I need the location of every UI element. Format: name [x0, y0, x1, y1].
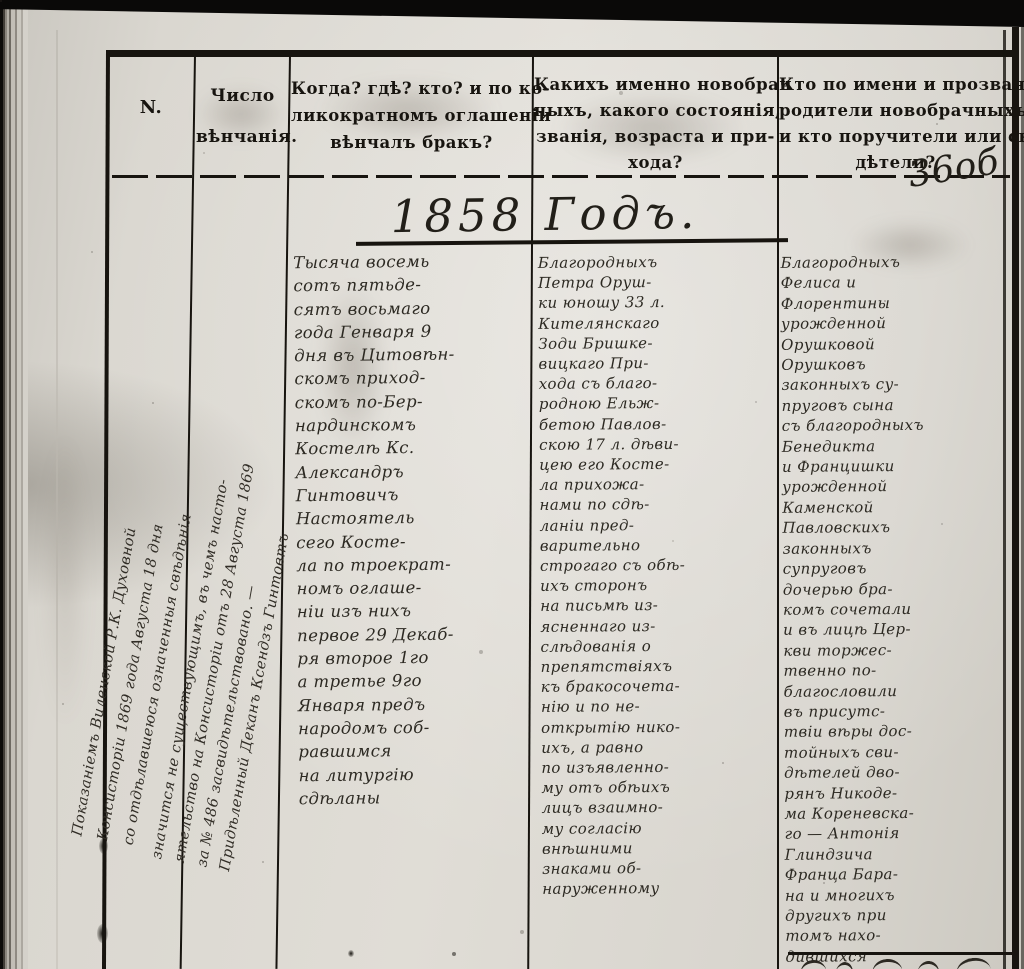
handwritten-text-line: му согласію — [542, 817, 782, 839]
column-header-when-where-who: Когда? гдѣ? кто? и по ко-ликократномъ ог… — [291, 75, 532, 156]
handwritten-text-line: нію и по не- — [541, 696, 781, 718]
ink-blob — [99, 838, 108, 854]
handwritten-text-line: къ бракосочета- — [541, 675, 781, 697]
handwritten-text-line: вицкаго При- — [538, 352, 778, 374]
handwritten-text-line: на письмѣ из- — [540, 595, 780, 617]
printed-text-line: N. — [108, 97, 194, 118]
handwritten-text-line: народомъ соб- — [298, 715, 536, 741]
handwritten-text-line: на и многихъ — [785, 884, 1017, 906]
paper-speckles — [0, 0, 2, 2]
handwritten-text-line: ма Кореневска- — [784, 802, 1016, 824]
handwritten-text-line: комъ сочетали — [783, 598, 1015, 620]
handwritten-text-line: Павловскихъ — [782, 516, 1014, 538]
handwritten-text-line: слѣдованія о — [540, 635, 780, 657]
handwritten-text-line: законныхъ су- — [781, 374, 1013, 396]
handwritten-text-line: Бенедикта — [782, 435, 1014, 457]
printed-text-line: вѣнчалъ бракъ? — [291, 129, 532, 156]
handwritten-text-line: пруговъ сына — [782, 394, 1014, 416]
handwritten-text-line: ясненнаго из- — [540, 615, 780, 637]
handwritten-text-line: года Генваря 9 — [294, 319, 532, 345]
handwritten-text-line: ніи изъ нихъ — [297, 598, 535, 624]
handwritten-text-line: Благородныхъ — [781, 251, 1013, 273]
handwritten-text-line: ки юношу 33 л. — [538, 292, 778, 314]
printed-text-line: Число — [196, 76, 289, 117]
handwritten-text-line: тойныхъ сви- — [784, 741, 1016, 763]
handwritten-text-line: съ благородныхъ — [782, 414, 1014, 436]
handwritten-text-line: другихъ при — [785, 904, 1017, 926]
handwritten-text-line: хода съ благо- — [539, 372, 779, 394]
handwritten-text-line: равшимся — [298, 738, 536, 764]
handwritten-text-line: Орушковой — [781, 333, 1013, 355]
handwritten-text-line: сятъ восьмаго — [294, 295, 532, 321]
handwritten-text-line: му отъ обѣихъ — [541, 776, 781, 798]
handwritten-text-line: рянъ Никоде- — [784, 782, 1016, 804]
handwritten-text-line: урожденной — [781, 312, 1013, 334]
handwritten-text-line: Франца Бара- — [785, 863, 1017, 885]
handwritten-text-line: томъ нахо- — [785, 925, 1017, 947]
column-header-n: N. — [108, 97, 194, 118]
handwritten-text-line: ла прихожа- — [539, 473, 779, 495]
handwritten-text-line: благословили — [784, 680, 1016, 702]
entry-newlyweds-text: БлагородныхъПетра Оруш-ки юношу 33 л.Кит… — [538, 251, 783, 899]
handwritten-text-line: бетою Павлов- — [539, 413, 779, 435]
ink-bleedthrough-smudge — [40, 430, 90, 730]
handwritten-text-line: ря второе 1го — [297, 645, 535, 671]
scanned-page: N. Числовѣнчанія. Когда? гдѣ? кто? и по … — [0, 0, 1024, 969]
handwritten-text-line: Глиндзича — [785, 843, 1017, 865]
handwritten-text-line: скою 17 л. дѣви- — [539, 433, 779, 455]
handwritten-text-line: дня въ Цитовѣн- — [294, 342, 532, 368]
handwritten-text-line: кви торжес- — [783, 639, 1015, 661]
handwritten-text-line: Костелѣ Кс. — [295, 435, 533, 461]
year-heading: 1858 Годъ. — [310, 185, 781, 245]
handwritten-text-line: скомъ приход- — [294, 365, 532, 391]
handwritten-text-line: препятствіяхъ — [541, 655, 781, 677]
handwritten-text-line: Зоди Бришке- — [538, 332, 778, 354]
handwritten-text-line: Кителянскаго — [538, 312, 778, 334]
handwritten-text-line: по изъявленно- — [541, 756, 781, 778]
handwritten-text-line: а третье 9го — [297, 668, 535, 694]
handwritten-text-line: и въ лицѣ Цер- — [783, 619, 1015, 641]
handwritten-text-line: на литургію — [298, 761, 536, 787]
handwritten-text-line: ла по троекрат- — [296, 552, 534, 578]
handwritten-text-line: первое 29 Декаб- — [297, 621, 535, 647]
handwritten-text-line: Фелиса и — [781, 272, 1013, 294]
handwritten-text-line: Орушковъ — [781, 353, 1013, 375]
printed-text-line: Кто по имени и прозваніи — [779, 72, 1012, 98]
handwritten-text-line: законныхъ — [783, 537, 1015, 559]
handwritten-text-line: въ присутс- — [784, 700, 1016, 722]
next-row-top-rule — [788, 952, 1012, 955]
handwritten-text-line: твіи вѣры дос- — [784, 721, 1016, 743]
handwritten-text-line: скомъ по-Бер- — [295, 389, 533, 415]
handwritten-text-line: урожденной — [782, 476, 1014, 498]
handwritten-text-line: нардинскомъ — [295, 412, 533, 438]
handwritten-text-line: номъ оглаше- — [296, 575, 534, 601]
handwritten-text-line: твенно по- — [783, 659, 1015, 681]
entry-parents-witnesses-text: БлагородныхъФелиса иФлорентиныурожденной… — [781, 251, 1018, 967]
handwritten-text-line: ланіи пред- — [540, 514, 780, 536]
handwritten-text-line: лицъ взаимно- — [542, 797, 782, 819]
handwritten-text-line: сего Косте- — [296, 528, 534, 554]
handwritten-text-line: супруговъ — [783, 557, 1015, 579]
handwritten-text-line: и Францишки — [782, 455, 1014, 477]
handwritten-text-line: наруженному — [542, 877, 782, 899]
handwritten-text-line: Настоятель — [296, 505, 534, 531]
handwritten-text-line: родною Ельж- — [539, 393, 779, 415]
handwritten-text-line: внѣшними — [542, 837, 782, 859]
printed-text-line: ликократномъ оглашеніи — [291, 102, 532, 129]
handwritten-text-line: варительно — [540, 534, 780, 556]
handwritten-text-line: знаками об- — [542, 857, 782, 879]
handwritten-text-line: дочерью бра- — [783, 578, 1015, 600]
ink-blob — [348, 950, 354, 957]
handwritten-text-line: строгаго съ обѣ- — [540, 554, 780, 576]
column-header-wedding-date: Числовѣнчанія. — [196, 76, 289, 158]
handwritten-text-line: дѣтелей дво- — [784, 761, 1016, 783]
handwritten-text-line: Каменской — [782, 496, 1014, 518]
book-spine-edge — [0, 0, 28, 969]
handwritten-text-line: го — Антонія — [784, 823, 1016, 845]
handwritten-text-line: ихъ сторонъ — [540, 574, 780, 596]
handwritten-text-line: Благородныхъ — [538, 251, 778, 273]
handwritten-text-line: ихъ, а равно — [541, 736, 781, 758]
ink-blob — [97, 924, 108, 943]
handwritten-text-line: открытію нико- — [541, 716, 781, 738]
handwritten-text-line: цею его Косте- — [539, 453, 779, 475]
handwritten-text-line: Александръ — [295, 458, 533, 484]
handwritten-text-line: Тысяча восемь — [293, 249, 531, 275]
handwritten-text-line: нами по сдѣ- — [539, 494, 779, 516]
handwritten-text-line: Гинтовичъ — [296, 482, 534, 508]
handwritten-text-line: сдѣланы — [299, 785, 537, 811]
handwritten-text-line: Петра Оруш- — [538, 271, 778, 293]
printed-text-line: вѣнчанія. — [196, 117, 289, 158]
handwritten-text-line: Флорентины — [781, 292, 1013, 314]
handwritten-text-line: сотъ пятьде- — [293, 272, 531, 298]
handwritten-text-line: Января предъ — [298, 691, 536, 717]
entry-when-where-text: Тысяча восемьсотъ пятьде-сятъ восьмагого… — [293, 249, 537, 811]
